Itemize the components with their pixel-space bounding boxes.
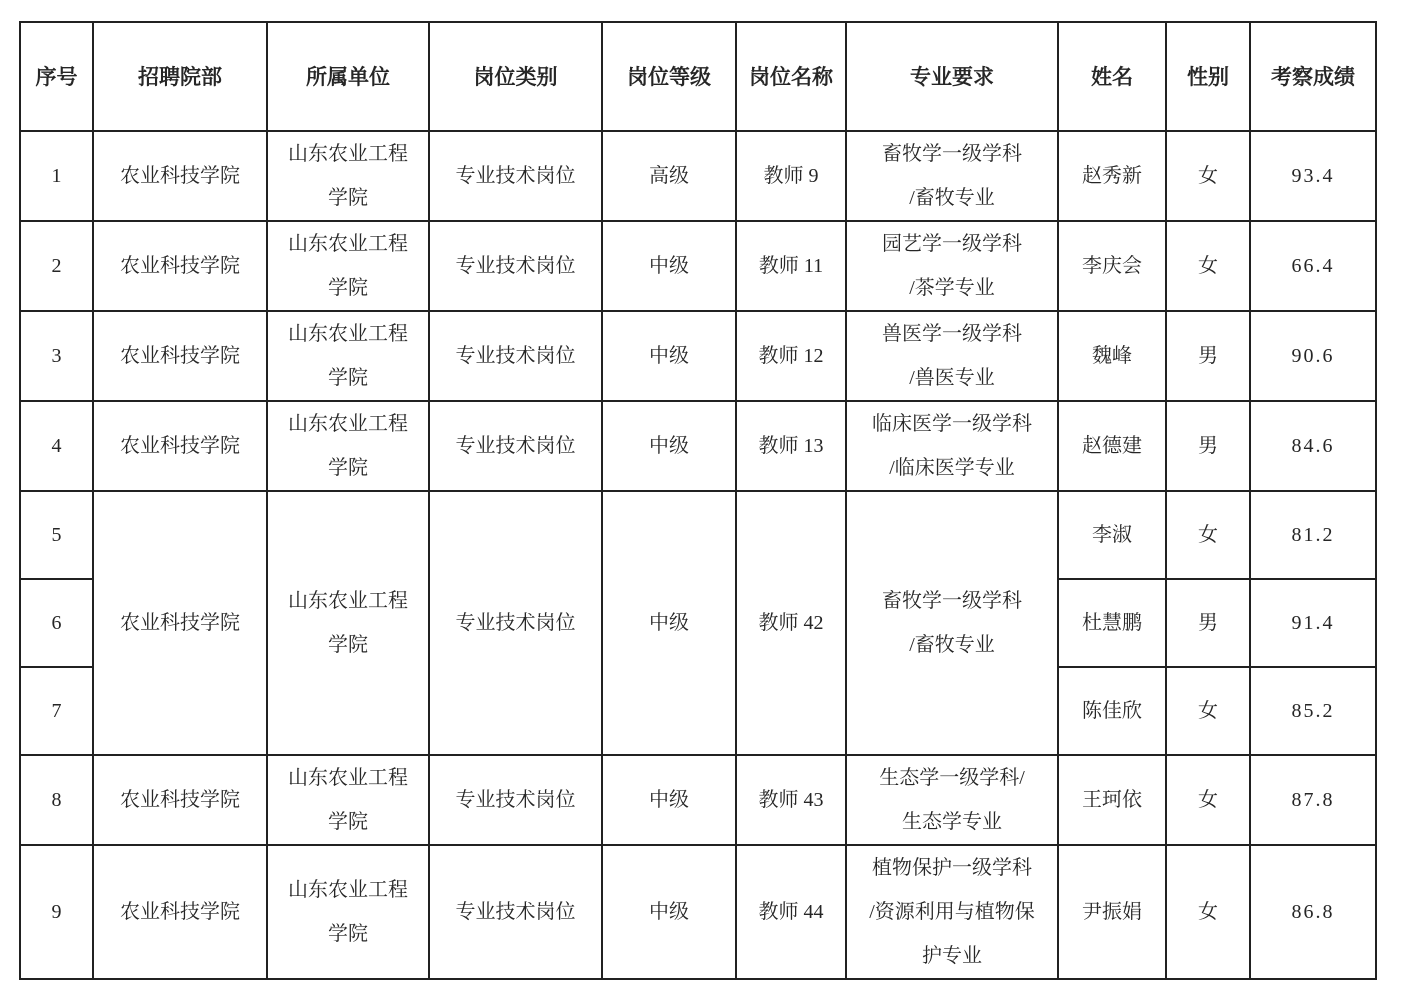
cell-major: 畜牧学一级学科 /畜牧专业 xyxy=(846,131,1058,221)
cell-post: 教师 44 xyxy=(736,845,846,979)
cell-gender: 女 xyxy=(1166,131,1250,221)
cell-unit-merged: 山东农业工程 学院 xyxy=(267,491,429,755)
cell-level: 中级 xyxy=(602,755,736,845)
cell-gender: 男 xyxy=(1166,401,1250,491)
header-gender: 性别 xyxy=(1166,22,1250,131)
cell-unit: 山东农业工程 学院 xyxy=(267,221,429,311)
header-unit: 所属单位 xyxy=(267,22,429,131)
cell-gender: 女 xyxy=(1166,221,1250,311)
header-level: 岗位等级 xyxy=(602,22,736,131)
cell-gender: 女 xyxy=(1166,667,1250,755)
cell-post-merged: 教师 42 xyxy=(736,491,846,755)
table-row: 4 农业科技学院 山东农业工程 学院 专业技术岗位 中级 教师 13 临床医学一… xyxy=(20,401,1376,491)
cell-score: 91.4 xyxy=(1250,579,1376,667)
table-row: 8 农业科技学院 山东农业工程 学院 专业技术岗位 中级 教师 43 生态学一级… xyxy=(20,755,1376,845)
cell-name: 李淑 xyxy=(1058,491,1166,579)
cell-score: 84.6 xyxy=(1250,401,1376,491)
cell-serial: 1 xyxy=(20,131,93,221)
header-serial: 序号 xyxy=(20,22,93,131)
cell-score: 66.4 xyxy=(1250,221,1376,311)
cell-dept: 农业科技学院 xyxy=(93,131,267,221)
cell-name: 李庆会 xyxy=(1058,221,1166,311)
table-row: 5 农业科技学院 山东农业工程 学院 专业技术岗位 中级 教师 42 畜牧学一级… xyxy=(20,491,1376,579)
header-score: 考察成绩 xyxy=(1250,22,1376,131)
cell-serial: 9 xyxy=(20,845,93,979)
cell-major: 园艺学一级学科 /茶学专业 xyxy=(846,221,1058,311)
cell-name: 杜慧鹏 xyxy=(1058,579,1166,667)
cell-dept: 农业科技学院 xyxy=(93,845,267,979)
cell-major: 植物保护一级学科 /资源利用与植物保 护专业 xyxy=(846,845,1058,979)
cell-dept-merged: 农业科技学院 xyxy=(93,491,267,755)
header-name: 姓名 xyxy=(1058,22,1166,131)
header-category: 岗位类别 xyxy=(429,22,602,131)
cell-level: 中级 xyxy=(602,401,736,491)
cell-score: 86.8 xyxy=(1250,845,1376,979)
cell-category-merged: 专业技术岗位 xyxy=(429,491,602,755)
cell-post: 教师 9 xyxy=(736,131,846,221)
cell-score: 93.4 xyxy=(1250,131,1376,221)
cell-serial: 4 xyxy=(20,401,93,491)
cell-unit: 山东农业工程 学院 xyxy=(267,401,429,491)
cell-level: 中级 xyxy=(602,221,736,311)
cell-dept: 农业科技学院 xyxy=(93,221,267,311)
table-row: 2 农业科技学院 山东农业工程 学院 专业技术岗位 中级 教师 11 园艺学一级… xyxy=(20,221,1376,311)
cell-name: 赵德建 xyxy=(1058,401,1166,491)
cell-level: 高级 xyxy=(602,131,736,221)
cell-category: 专业技术岗位 xyxy=(429,311,602,401)
cell-major: 兽医学一级学科 /兽医专业 xyxy=(846,311,1058,401)
cell-major: 临床医学一级学科 /临床医学专业 xyxy=(846,401,1058,491)
cell-level: 中级 xyxy=(602,845,736,979)
cell-post: 教师 11 xyxy=(736,221,846,311)
cell-category: 专业技术岗位 xyxy=(429,755,602,845)
cell-score: 90.6 xyxy=(1250,311,1376,401)
cell-serial: 7 xyxy=(20,667,93,755)
table-row: 1 农业科技学院 山东农业工程 学院 专业技术岗位 高级 教师 9 畜牧学一级学… xyxy=(20,131,1376,221)
cell-name: 魏峰 xyxy=(1058,311,1166,401)
cell-dept: 农业科技学院 xyxy=(93,401,267,491)
cell-score: 85.2 xyxy=(1250,667,1376,755)
cell-dept: 农业科技学院 xyxy=(93,311,267,401)
cell-category: 专业技术岗位 xyxy=(429,401,602,491)
cell-unit: 山东农业工程 学院 xyxy=(267,131,429,221)
document-page: 序号 招聘院部 所属单位 岗位类别 岗位等级 岗位名称 专业要求 姓名 性别 考… xyxy=(0,0,1409,995)
cell-level: 中级 xyxy=(602,311,736,401)
cell-gender: 女 xyxy=(1166,491,1250,579)
cell-serial: 2 xyxy=(20,221,93,311)
cell-unit: 山东农业工程 学院 xyxy=(267,755,429,845)
cell-post: 教师 43 xyxy=(736,755,846,845)
cell-major-merged: 畜牧学一级学科 /畜牧专业 xyxy=(846,491,1058,755)
header-major: 专业要求 xyxy=(846,22,1058,131)
cell-score: 81.2 xyxy=(1250,491,1376,579)
cell-category: 专业技术岗位 xyxy=(429,845,602,979)
header-row: 序号 招聘院部 所属单位 岗位类别 岗位等级 岗位名称 专业要求 姓名 性别 考… xyxy=(20,22,1376,131)
cell-name: 陈佳欣 xyxy=(1058,667,1166,755)
cell-name: 王珂依 xyxy=(1058,755,1166,845)
cell-serial: 8 xyxy=(20,755,93,845)
cell-gender: 男 xyxy=(1166,311,1250,401)
cell-major: 生态学一级学科/ 生态学专业 xyxy=(846,755,1058,845)
cell-serial: 5 xyxy=(20,491,93,579)
cell-name: 赵秀新 xyxy=(1058,131,1166,221)
cell-name: 尹振娟 xyxy=(1058,845,1166,979)
cell-gender: 女 xyxy=(1166,845,1250,979)
cell-gender: 男 xyxy=(1166,579,1250,667)
cell-gender: 女 xyxy=(1166,755,1250,845)
table-row: 9 农业科技学院 山东农业工程 学院 专业技术岗位 中级 教师 44 植物保护一… xyxy=(20,845,1376,979)
cell-serial: 3 xyxy=(20,311,93,401)
cell-post: 教师 13 xyxy=(736,401,846,491)
header-dept: 招聘院部 xyxy=(93,22,267,131)
cell-dept: 农业科技学院 xyxy=(93,755,267,845)
cell-serial: 6 xyxy=(20,579,93,667)
cell-post: 教师 12 xyxy=(736,311,846,401)
cell-unit: 山东农业工程 学院 xyxy=(267,311,429,401)
table-row: 3 农业科技学院 山东农业工程 学院 专业技术岗位 中级 教师 12 兽医学一级… xyxy=(20,311,1376,401)
cell-category: 专业技术岗位 xyxy=(429,221,602,311)
recruitment-results-table: 序号 招聘院部 所属单位 岗位类别 岗位等级 岗位名称 专业要求 姓名 性别 考… xyxy=(19,21,1377,980)
header-post: 岗位名称 xyxy=(736,22,846,131)
cell-category: 专业技术岗位 xyxy=(429,131,602,221)
cell-unit: 山东农业工程 学院 xyxy=(267,845,429,979)
cell-score: 87.8 xyxy=(1250,755,1376,845)
cell-level-merged: 中级 xyxy=(602,491,736,755)
